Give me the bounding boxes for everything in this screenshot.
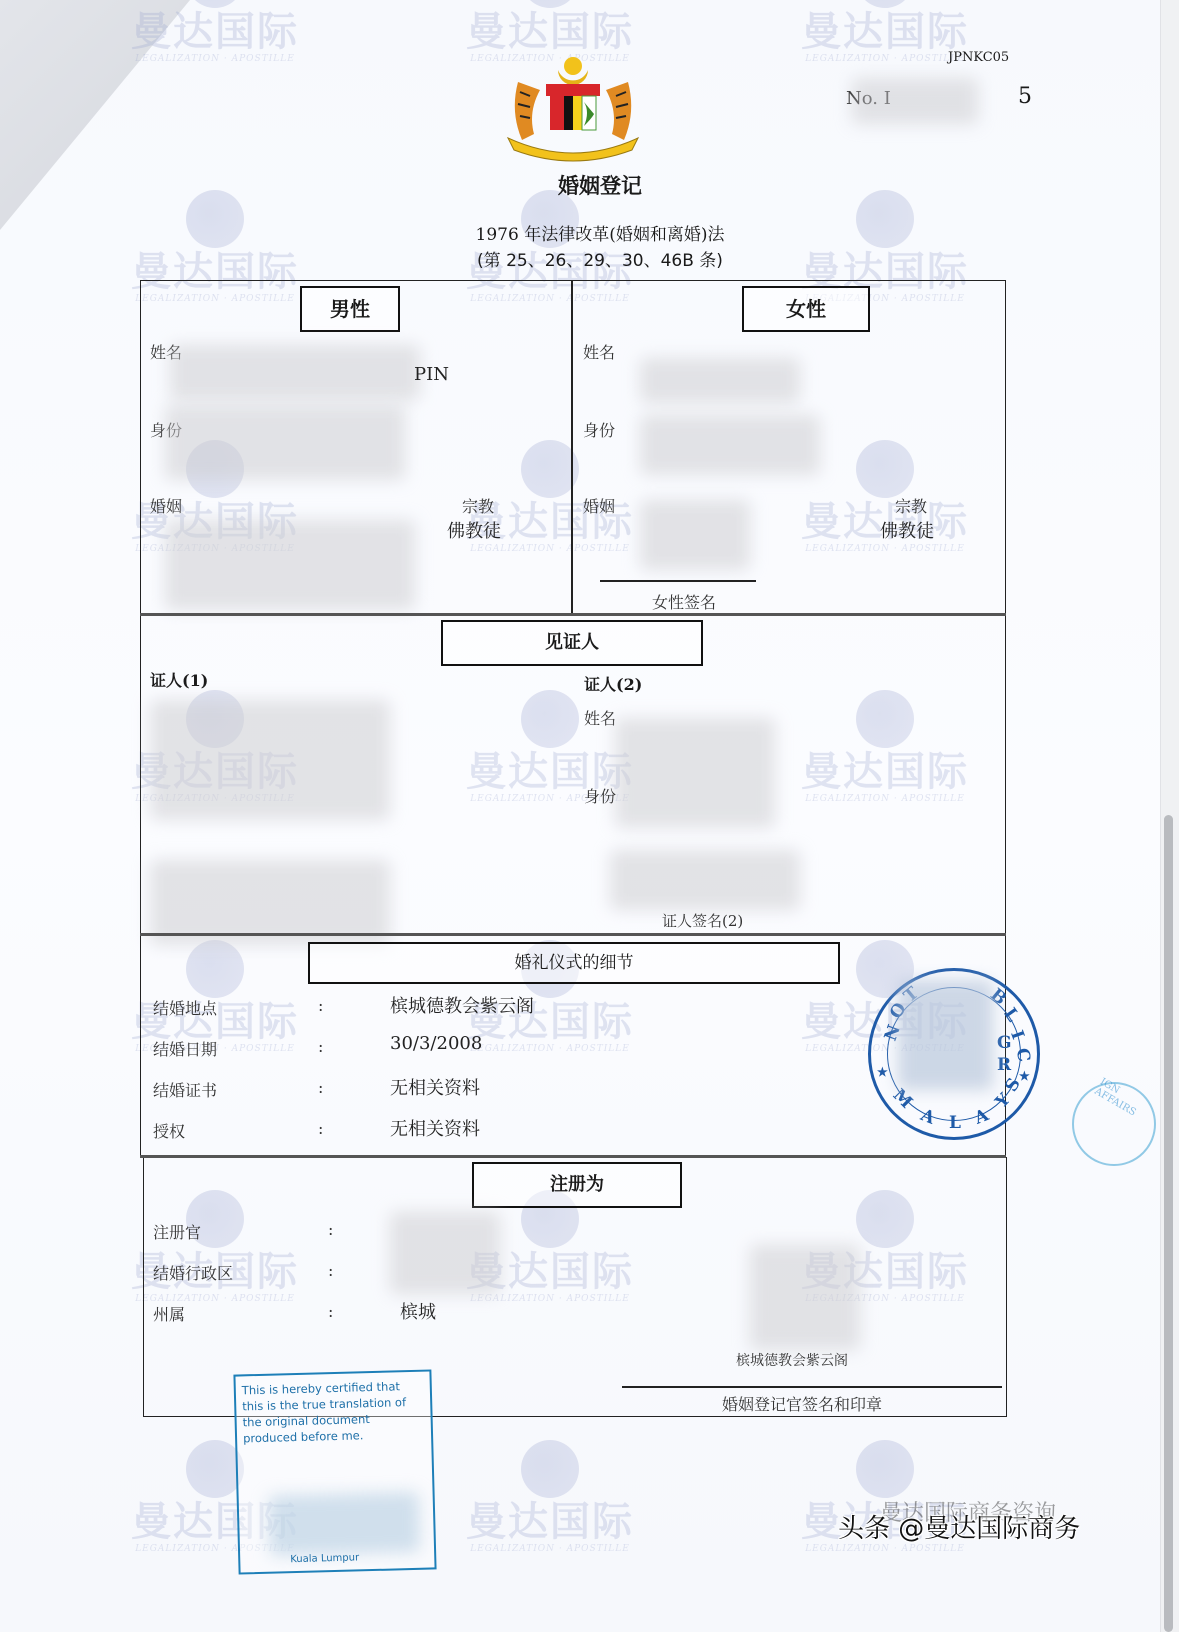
watermark-tile: 曼达国际LEGALIZATION · APOSTILLE — [455, 1440, 645, 1554]
certification-text: This is hereby certified that this is th… — [242, 1378, 424, 1447]
section-rule — [140, 933, 1006, 936]
registration-row-label: 结婚行政区 — [153, 1261, 233, 1284]
document-title: 婚姻登记 — [0, 170, 1179, 200]
registrar-signature-line — [622, 1386, 1002, 1388]
registration-row-separator: : — [328, 1261, 333, 1280]
redacted-witness2-details — [615, 718, 775, 828]
redacted-registrar — [390, 1212, 500, 1294]
registrar-stamp-text: 槟城德教会紫云阁 — [736, 1350, 848, 1370]
female-religion-value: 佛教徒 — [880, 517, 934, 543]
witness-heading: 见证人 — [441, 620, 703, 666]
toutiao-watermark: 头条 @曼达国际商务 — [838, 1508, 1080, 1545]
ceremony-row-value: 30/3/2008 — [390, 1033, 482, 1054]
registration-number-tail: 5 — [1018, 84, 1032, 109]
ceremony-row-value: 无相关资料 — [390, 1115, 480, 1141]
redacted-registrar-signature — [750, 1245, 860, 1350]
watermark-title: 曼达国际 — [790, 10, 980, 54]
globe-icon — [521, 0, 579, 8]
redacted-male-marital — [165, 520, 415, 610]
ceremony-row-separator: : — [318, 1037, 323, 1056]
redacted-female-id — [640, 415, 820, 475]
registration-row-separator: : — [328, 1220, 333, 1239]
parties-divider — [571, 280, 573, 613]
redacted-male-id — [165, 405, 405, 480]
redacted-witness2-signature — [610, 850, 800, 910]
ceremony-row-separator: : — [318, 1078, 323, 1097]
watermark-title: 曼达国际 — [455, 1500, 645, 1544]
watermark-subtitle: LEGALIZATION · APOSTILLE — [790, 1544, 980, 1554]
witness2-id-label: 身份 — [584, 784, 616, 807]
redacted-notary-details — [898, 980, 993, 1090]
globe-icon — [521, 1440, 579, 1498]
registrar-signature-label: 婚姻登记官签名和印章 — [722, 1392, 882, 1415]
act-title: 1976 年法律改革(婚姻和离婚)法 — [0, 220, 1179, 245]
watermark-title: 曼达国际 — [455, 10, 645, 54]
form-code: JPNKC05 — [948, 50, 1009, 65]
female-heading: 女性 — [742, 286, 870, 332]
globe-icon — [856, 1440, 914, 1498]
certification-place: Kuala Lumpur — [290, 1552, 359, 1565]
witness2-signature-label: 证人签名(2) — [662, 910, 743, 931]
ceremony-row-label: 结婚地点 — [153, 996, 217, 1019]
ceremony-heading: 婚礼仪式的细节 — [308, 942, 840, 984]
registration-row-label: 州属 — [153, 1302, 185, 1325]
female-name-label: 姓名 — [583, 340, 615, 363]
registration-row-label: 注册官 — [153, 1220, 201, 1243]
scrollbar-thumb[interactable] — [1164, 815, 1173, 1632]
male-name-tail: PIN — [414, 364, 449, 385]
watermark-subtitle: LEGALIZATION · APOSTILLE — [120, 54, 310, 64]
redacted-female-marital — [640, 500, 750, 570]
male-marital-label: 婚姻 — [150, 494, 182, 517]
female-marital-label: 婚姻 — [583, 494, 615, 517]
notary-letter: G — [997, 1033, 1012, 1053]
registration-row-separator: : — [328, 1302, 333, 1321]
redacted-female-name — [640, 358, 800, 403]
ceremony-row-value: 无相关资料 — [390, 1074, 480, 1100]
ceremony-row-separator: : — [318, 1119, 323, 1138]
redacted-number — [852, 78, 978, 124]
ceremony-row-label: 授权 — [153, 1119, 185, 1142]
witness1-label: 证人(1) — [150, 668, 208, 691]
act-sections: (第 25、26、29、30、46B 条) — [0, 246, 1179, 271]
watermark-subtitle: LEGALIZATION · APOSTILLE — [455, 1544, 645, 1554]
ceremony-row-separator: : — [318, 996, 323, 1015]
translation-certification-stamp: This is hereby certified that this is th… — [233, 1369, 436, 1574]
coat-of-arms-icon — [498, 52, 648, 164]
ceremony-row-value: 槟城德教会紫云阁 — [390, 992, 534, 1018]
female-signature-label: 女性签名 — [652, 590, 716, 613]
female-id-label: 身份 — [583, 418, 615, 441]
witness2-label: 证人(2) — [584, 672, 642, 695]
ceremony-row-label: 结婚证书 — [153, 1078, 217, 1101]
document-page: 曼达国际LEGALIZATION · APOSTILLE曼达国际LEGALIZA… — [0, 0, 1160, 1632]
foreign-affairs-text: IGN AFFAIRS — [1093, 1076, 1156, 1125]
notary-letter: R — [997, 1055, 1011, 1075]
globe-icon — [186, 0, 244, 8]
globe-icon — [856, 0, 914, 8]
male-religion-value: 佛教徒 — [447, 517, 501, 543]
witness2-name-label: 姓名 — [584, 706, 616, 729]
redacted-witness1-details — [150, 700, 390, 820]
male-heading: 男性 — [300, 286, 400, 332]
redacted-certifier — [269, 1492, 421, 1556]
female-signature-line — [600, 580, 756, 582]
section-rule — [140, 1155, 1006, 1158]
female-religion-label: 宗教 — [895, 494, 927, 517]
section-rule — [140, 613, 1006, 616]
redacted-male-name — [170, 345, 420, 400]
foreign-affairs-stamp: IGN AFFAIRS — [1072, 1082, 1156, 1166]
male-religion-label: 宗教 — [462, 494, 494, 517]
registration-heading: 注册为 — [472, 1162, 682, 1208]
registration-row-value: 槟城 — [400, 1298, 436, 1324]
ceremony-row-label: 结婚日期 — [153, 1037, 217, 1060]
